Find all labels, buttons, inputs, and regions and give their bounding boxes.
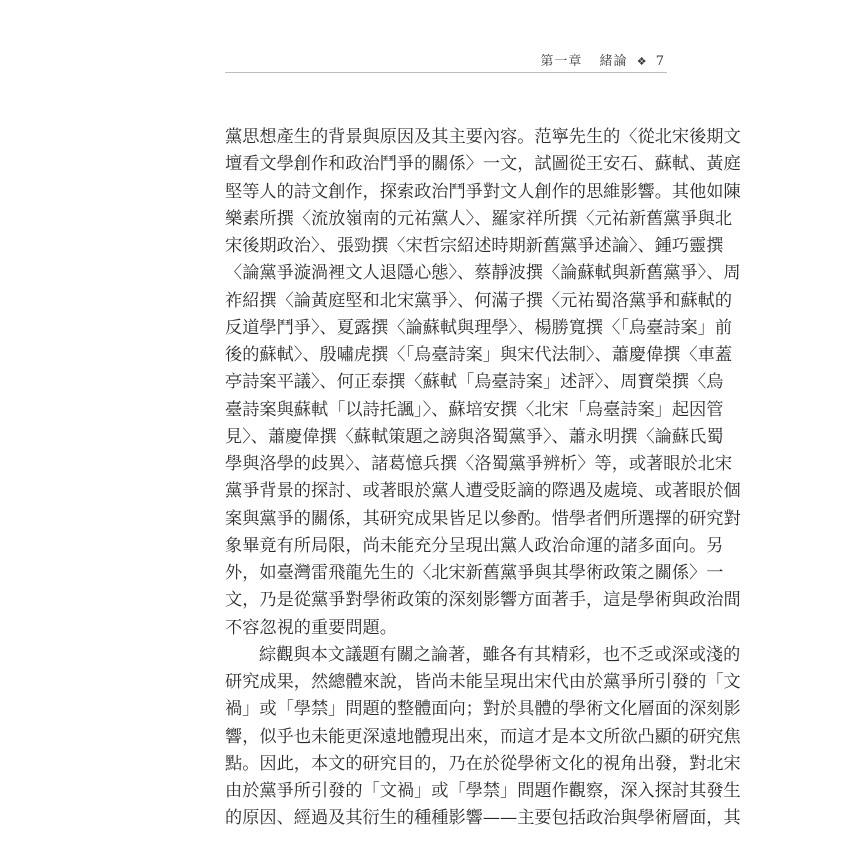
text-line: 學與洛學的歧異〉、諸葛憶兵撰〈洛蜀黨爭辨析〉等，或著眼於北宋 (225, 451, 670, 478)
ornament-diamond-icon: ❖ (637, 55, 648, 68)
text-line: 臺詩案與蘇軾「以詩托諷」〉、蘇培安撰〈北宋「烏臺詩案」起因管 (225, 397, 670, 424)
text-line: 文，乃是從黨爭對學術政策的深刻影響方面著手，這是學術與政治間 (225, 587, 670, 614)
text-line: 點。因此，本文的研究目的，乃在於從學術文化的視角出發，對北宋 (225, 751, 670, 778)
paragraph-2: 綜觀與本文議題有關之論著，雖各有其精彩，也不乏或深或淺的 研究成果，然總體來說，… (225, 642, 670, 833)
text-line: 後的蘇軾〉、殷嘯虎撰〈「烏臺詩案」與宋代法制〉、蕭慶偉撰〈車蓋 (225, 342, 670, 369)
header-rule (225, 72, 667, 73)
text-line: 壇看文學創作和政治鬥爭的關係〉一文，試圖從王安石、蘇軾、黃庭 (225, 151, 670, 178)
text-line: 不容忽視的重要問題。 (225, 615, 670, 642)
text-line: 綜觀與本文議題有關之論著，雖各有其精彩，也不乏或深或淺的 (225, 642, 670, 669)
page-number: 7 (656, 54, 665, 69)
text-line: 反道學鬥爭〉、夏露撰〈論蘇軾與理學〉、楊勝寬撰〈「烏臺詩案」前 (225, 315, 670, 342)
body-text: 黨思想產生的背景與原因及其主要內容。范寧先生的〈從北宋後期文 壇看文學創作和政治… (225, 124, 670, 833)
text-line: 象畢竟有所局限，尚未能充分呈現出黨人政治命運的諸多面向。另 (225, 533, 670, 560)
text-line: 研究成果，然總體來說，皆尚未能呈現出宋代由於黨爭所引發的「文 (225, 669, 670, 696)
text-line: 亭詩案平議〉、何正泰撰〈蘇軾「烏臺詩案」述評〉、周寶榮撰〈烏 (225, 369, 670, 396)
book-page: 第一章 緒論 ❖ 7 黨思想產生的背景與原因及其主要內容。范寧先生的〈從北宋後期… (0, 0, 850, 850)
text-line: 黨思想產生的背景與原因及其主要內容。范寧先生的〈從北宋後期文 (225, 124, 670, 151)
text-line: 由於黨爭所引發的「文禍」或「學禁」問題作觀察，深入探討其發生 (225, 778, 670, 805)
chapter-title: 緒論 (600, 54, 628, 69)
text-line: 案與黨爭的關係，其研究成果皆足以參酌。惜學者們所選擇的研究對 (225, 506, 670, 533)
text-line: 外，如臺灣雷飛龍先生的〈北宋新舊黨爭與其學術政策之關係〉一 (225, 560, 670, 587)
text-line: 〈論黨爭漩渦裡文人退隱心態〉、蔡靜波撰〈論蘇軾與新舊黨爭〉、周 (225, 260, 670, 287)
text-line: 宋後期政治〉、張勁撰〈宋哲宗紹述時期新舊黨爭述論〉、鍾巧靈撰 (225, 233, 670, 260)
text-line: 樂素所撰〈流放嶺南的元祐黨人〉、羅家祥所撰〈元祐新舊黨爭與北 (225, 206, 670, 233)
text-line: 見〉、蕭慶偉撰〈蘇軾策題之謗與洛蜀黨爭〉、蕭永明撰〈論蘇氏蜀 (225, 424, 670, 451)
text-line: 響，似乎也未能更深遠地體現出來，而這才是本文所欲凸顯的研究焦 (225, 724, 670, 751)
text-line: 禍」或「學禁」問題的整體面向；對於具體的學術文化層面的深刻影 (225, 696, 670, 723)
text-line: 黨爭背景的探討、或著眼於黨人遭受貶謫的際遇及處境、或著眼於個 (225, 478, 670, 505)
chapter-label: 第一章 (540, 54, 582, 69)
text-line: 的原因、經過及其衍生的種種影響——主要包括政治與學術層面，其 (225, 805, 670, 832)
text-line: 祚紹撰〈論黃庭堅和北宋黨爭〉、何滿子撰〈元祐蜀洛黨爭和蘇軾的 (225, 288, 670, 315)
running-head: 第一章 緒論 ❖ 7 (225, 54, 665, 70)
paragraph-1: 黨思想產生的背景與原因及其主要內容。范寧先生的〈從北宋後期文 壇看文學創作和政治… (225, 124, 670, 642)
text-line: 堅等人的詩文創作，探索政治鬥爭對文人創作的思維影響。其他如陳 (225, 179, 670, 206)
